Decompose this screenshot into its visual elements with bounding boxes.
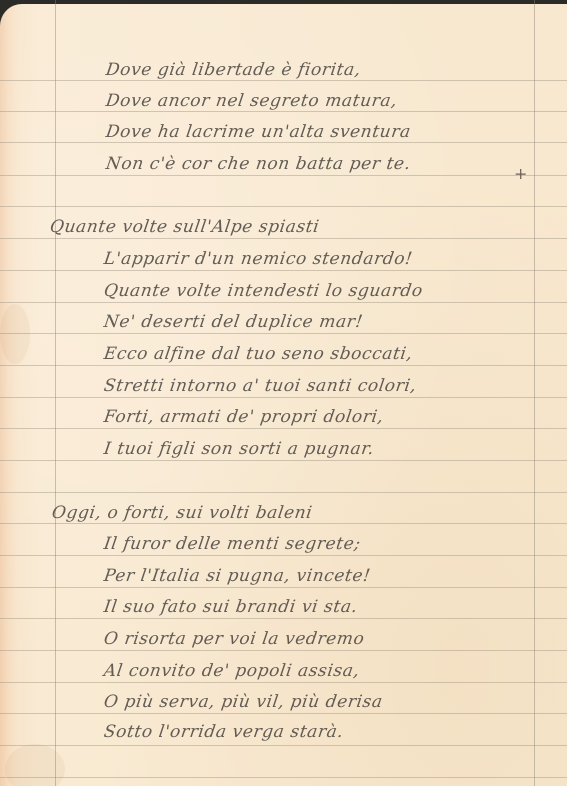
verse-line: I tuoi figli son sorti a pugnar. [103,439,376,459]
ruled-line [0,777,567,778]
left-margin-line [55,0,56,786]
ruled-line [0,142,567,143]
paper-stain [5,744,65,786]
verse-line: Per l'Italia si pugna, vincete! [103,566,372,586]
paper-stain [0,304,30,364]
ruled-line [0,333,567,334]
verse-line: Ecco alfine dal tuo seno sboccati, [103,344,414,364]
ruled-line [0,523,567,524]
verse-line: Oggi, o forti, sui volti baleni [51,503,314,523]
verse-line: Sotto l'orrida verga starà. [103,722,345,742]
notebook-page-scan: Dove già libertade è fiorita, Dove ancor… [0,0,567,786]
verse-line: Dove ancor nel segreto matura, [105,91,399,111]
ruled-line [0,492,567,493]
ruled-line [0,270,567,271]
ruled-line [0,175,567,176]
verse-line: Ne' deserti del duplice mar! [103,312,365,332]
ruled-line [0,111,567,112]
verse-line: L'apparir d'un nemico stendardo! [103,249,414,269]
right-margin-line [534,0,535,786]
verse-line: O risorta per voi la vedremo [103,629,366,649]
ruled-line [0,713,567,714]
verse-line: Quante volte intendesti lo sguardo [103,281,425,301]
ruled-line [0,555,567,556]
ruled-line [0,745,567,746]
ruled-line [0,80,567,81]
verse-line: Dove ha lacrime un'alta sventura [105,122,413,142]
verse-line: O più serva, più vil, più derisa [103,692,384,712]
verse-line: Forti, armati de' propri dolori, [103,407,385,427]
verse-line: Non c'è cor che non batta per te. [105,154,412,174]
verse-line: Il furor delle menti segrete; [103,534,362,554]
ruled-line [0,587,567,588]
end-mark: + [514,164,527,183]
ruled-line [0,682,567,683]
ruled-line [0,238,567,239]
ruled-line [0,618,567,619]
verse-line: Il suo fato sui brandi vi sta. [103,597,359,617]
ruled-line [0,460,567,461]
ruled-line [0,650,567,651]
verse-line: Dove già libertade è fiorita, [105,60,363,80]
verse-line: Al convito de' popoli assisa, [103,661,361,681]
ruled-line [0,428,567,429]
verse-line: Quante volte sull'Alpe spiasti [49,217,321,237]
ruled-line [0,365,567,366]
ruled-line [0,206,567,207]
ruled-line [0,302,567,303]
ruled-line [0,397,567,398]
verse-line: Stretti intorno a' tuoi santi colori, [103,376,418,396]
